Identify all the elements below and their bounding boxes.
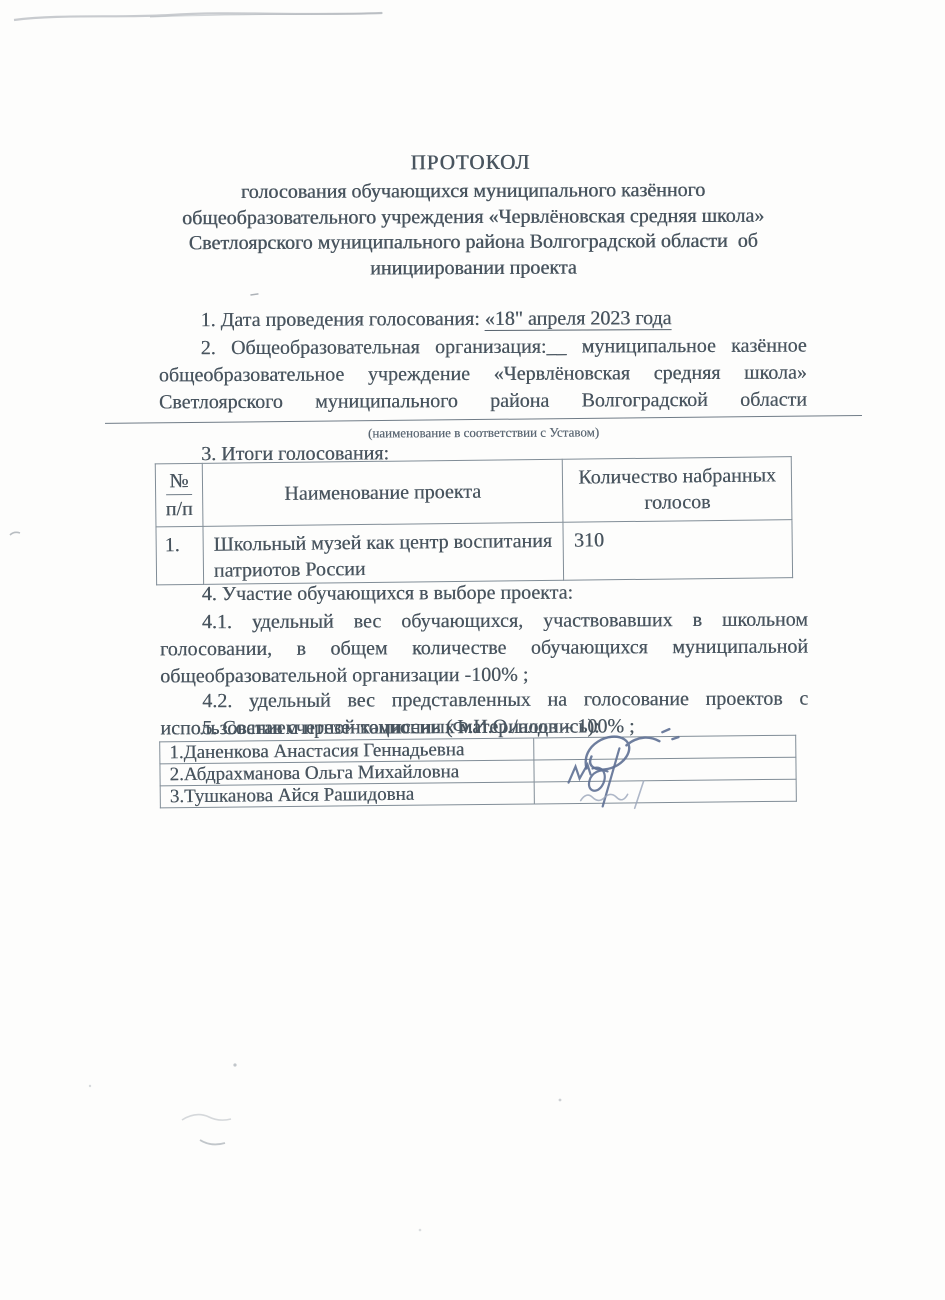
results-row: 1. Школьный музей как центр воспитания п… (156, 520, 793, 585)
document-subtitle: голосования обучающихся муниципального к… (120, 177, 826, 282)
results-header-project: Наименование проекта (202, 459, 563, 526)
item-2-organization: 2. Общеобразовательная организация:__ му… (159, 333, 807, 417)
subtitle-line: инициировании проекта (120, 254, 826, 283)
voting-results-table: № п/п Наименование проекта Количество на… (155, 456, 793, 585)
fill-in-underline (105, 415, 862, 424)
results-header-row: № п/п Наименование проекта Количество на… (155, 457, 792, 527)
signature-danenkova (586, 729, 679, 770)
results-header-number-sign: № (166, 468, 192, 495)
item-4-1-line: голосовании, в общем количестве обучающи… (160, 634, 808, 664)
charter-name-caption: (наименование в соответствии с Уставом) (99, 423, 868, 442)
item-2-line: 2. Общеобразовательная организация:__ му… (159, 333, 807, 363)
results-header-number-sub: п/п (166, 498, 193, 520)
document-title: ПРОТОКОЛ (0, 148, 943, 177)
commission-member-name: 3.Тушканова Айся Рашидовна (160, 782, 534, 808)
item-4-heading: 4. Участие обучающихся в выборе проекта: (160, 580, 860, 606)
item-4-2-line: 4.2. удельный вес представленных на голо… (160, 686, 808, 716)
item-2-line: Светлоярского муниципального района Волг… (159, 387, 807, 417)
results-cell-votes: 310 (563, 520, 792, 581)
item-1-voting-date: 1. Дата проведения голосования: «18" апр… (159, 305, 807, 335)
signatures-overlay (540, 724, 810, 825)
item-1-label: 1. Дата проведения голосования: (201, 308, 485, 331)
signature-tushkanova (581, 781, 644, 808)
item-1-date-value: «18" апреля 2023 года (485, 307, 672, 331)
scanned-document-page: ПРОТОКОЛ голосования обучающихся муницип… (0, 0, 945, 1300)
subtitle-line: Светлоярского муниципального района Волг… (120, 228, 826, 257)
results-header-votes: Количество набранных голосов (563, 457, 792, 523)
results-cell-number: 1. (156, 526, 203, 585)
results-cell-project: Школьный музей как центр воспитания патр… (203, 522, 564, 584)
subtitle-line: общеобразовательного учреждения «Червлён… (120, 203, 826, 232)
document-content: ПРОТОКОЛ голосования обучающихся муницип… (0, 0, 945, 1300)
results-header-number: № п/п (155, 463, 203, 527)
item-2-line: общеобразовательное учреждение «Червлёно… (159, 360, 807, 390)
subtitle-line: голосования обучающихся муниципального к… (120, 177, 826, 206)
scan-artifact-dash (248, 291, 262, 299)
item-4-1-paragraph: 4.1. удельный вес обучающихся, участвова… (160, 607, 808, 691)
item-4-1-line: 4.1. удельный вес обучающихся, участвова… (160, 607, 808, 637)
